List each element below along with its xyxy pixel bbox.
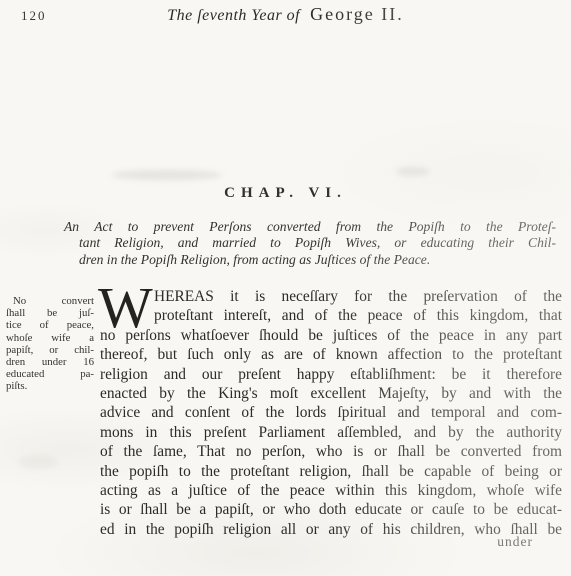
running-header: The ſeventh Year of George II. [0,4,571,25]
margin-note-line: papiſt, or chil- [6,344,94,356]
margin-note-line: piſts. [6,380,94,392]
act-headnote: An Act to prevent Perſons converted from… [64,219,556,268]
margin-note-line: educated pa- [6,368,94,380]
body-line: acting as a juſtice of the peace within … [100,481,562,500]
scanned-book-page: 120 The ſeventh Year of George II. CHAP.… [0,0,571,576]
catchword: under [497,534,533,550]
margin-note-line: whoſe wife a [6,332,94,344]
body-line: religion and our preſent happy eſtabliſh… [100,365,562,384]
body-line: is or ſhall be a papiſt, or who doth edu… [100,500,562,519]
scan-smudge [18,455,58,469]
running-header-roman-text: George II. [310,4,404,24]
scan-smudge [112,170,222,180]
margin-note: No convert ſhall be juſ- tice of peace, … [6,295,94,393]
body-paragraph: W HEREAS it is neceſſary for the preſerv… [100,287,562,539]
body-line: advice and conſent of the lords ſpiritua… [100,403,562,422]
running-header-italic-text: The ſeventh Year of [167,7,300,24]
margin-note-line: No convert [6,295,94,307]
headnote-line: tant Religion, and married to Popiſh Wiv… [64,235,556,251]
body-line: thereof, but ſuch only as are of known a… [100,345,562,364]
margin-note-line: ſhall be juſ- [6,307,94,319]
body-line: mons in this preſent Parliament aſſemble… [100,423,562,442]
margin-note-line: tice of peace, [6,319,94,331]
body-line: of the ſame, That no perſon, who is or ſ… [100,442,562,461]
body-line: enacted by the King's moſt excellent Maj… [100,384,562,403]
body-line: ed in the popiſh religion all or any of … [100,520,562,539]
body-line: the popiſh to the proteſtant religion, ſ… [100,462,562,481]
chapter-heading: CHAP. VI. [0,185,571,202]
body-line: no perſons whatſoever ſhould be juſtices… [100,326,562,345]
body-line: HEREAS it is neceſſary for the preſervat… [154,287,562,306]
scan-smudge [396,167,430,176]
margin-note-line: dren under 16 [6,356,94,368]
body-line: proteſtant intereſt, and of the peace of… [154,306,562,325]
drop-cap: W [98,287,153,329]
headnote-line: dren in the Popiſh Religion, from acting… [64,252,556,268]
headnote-line: An Act to prevent Perſons converted from… [64,219,556,235]
